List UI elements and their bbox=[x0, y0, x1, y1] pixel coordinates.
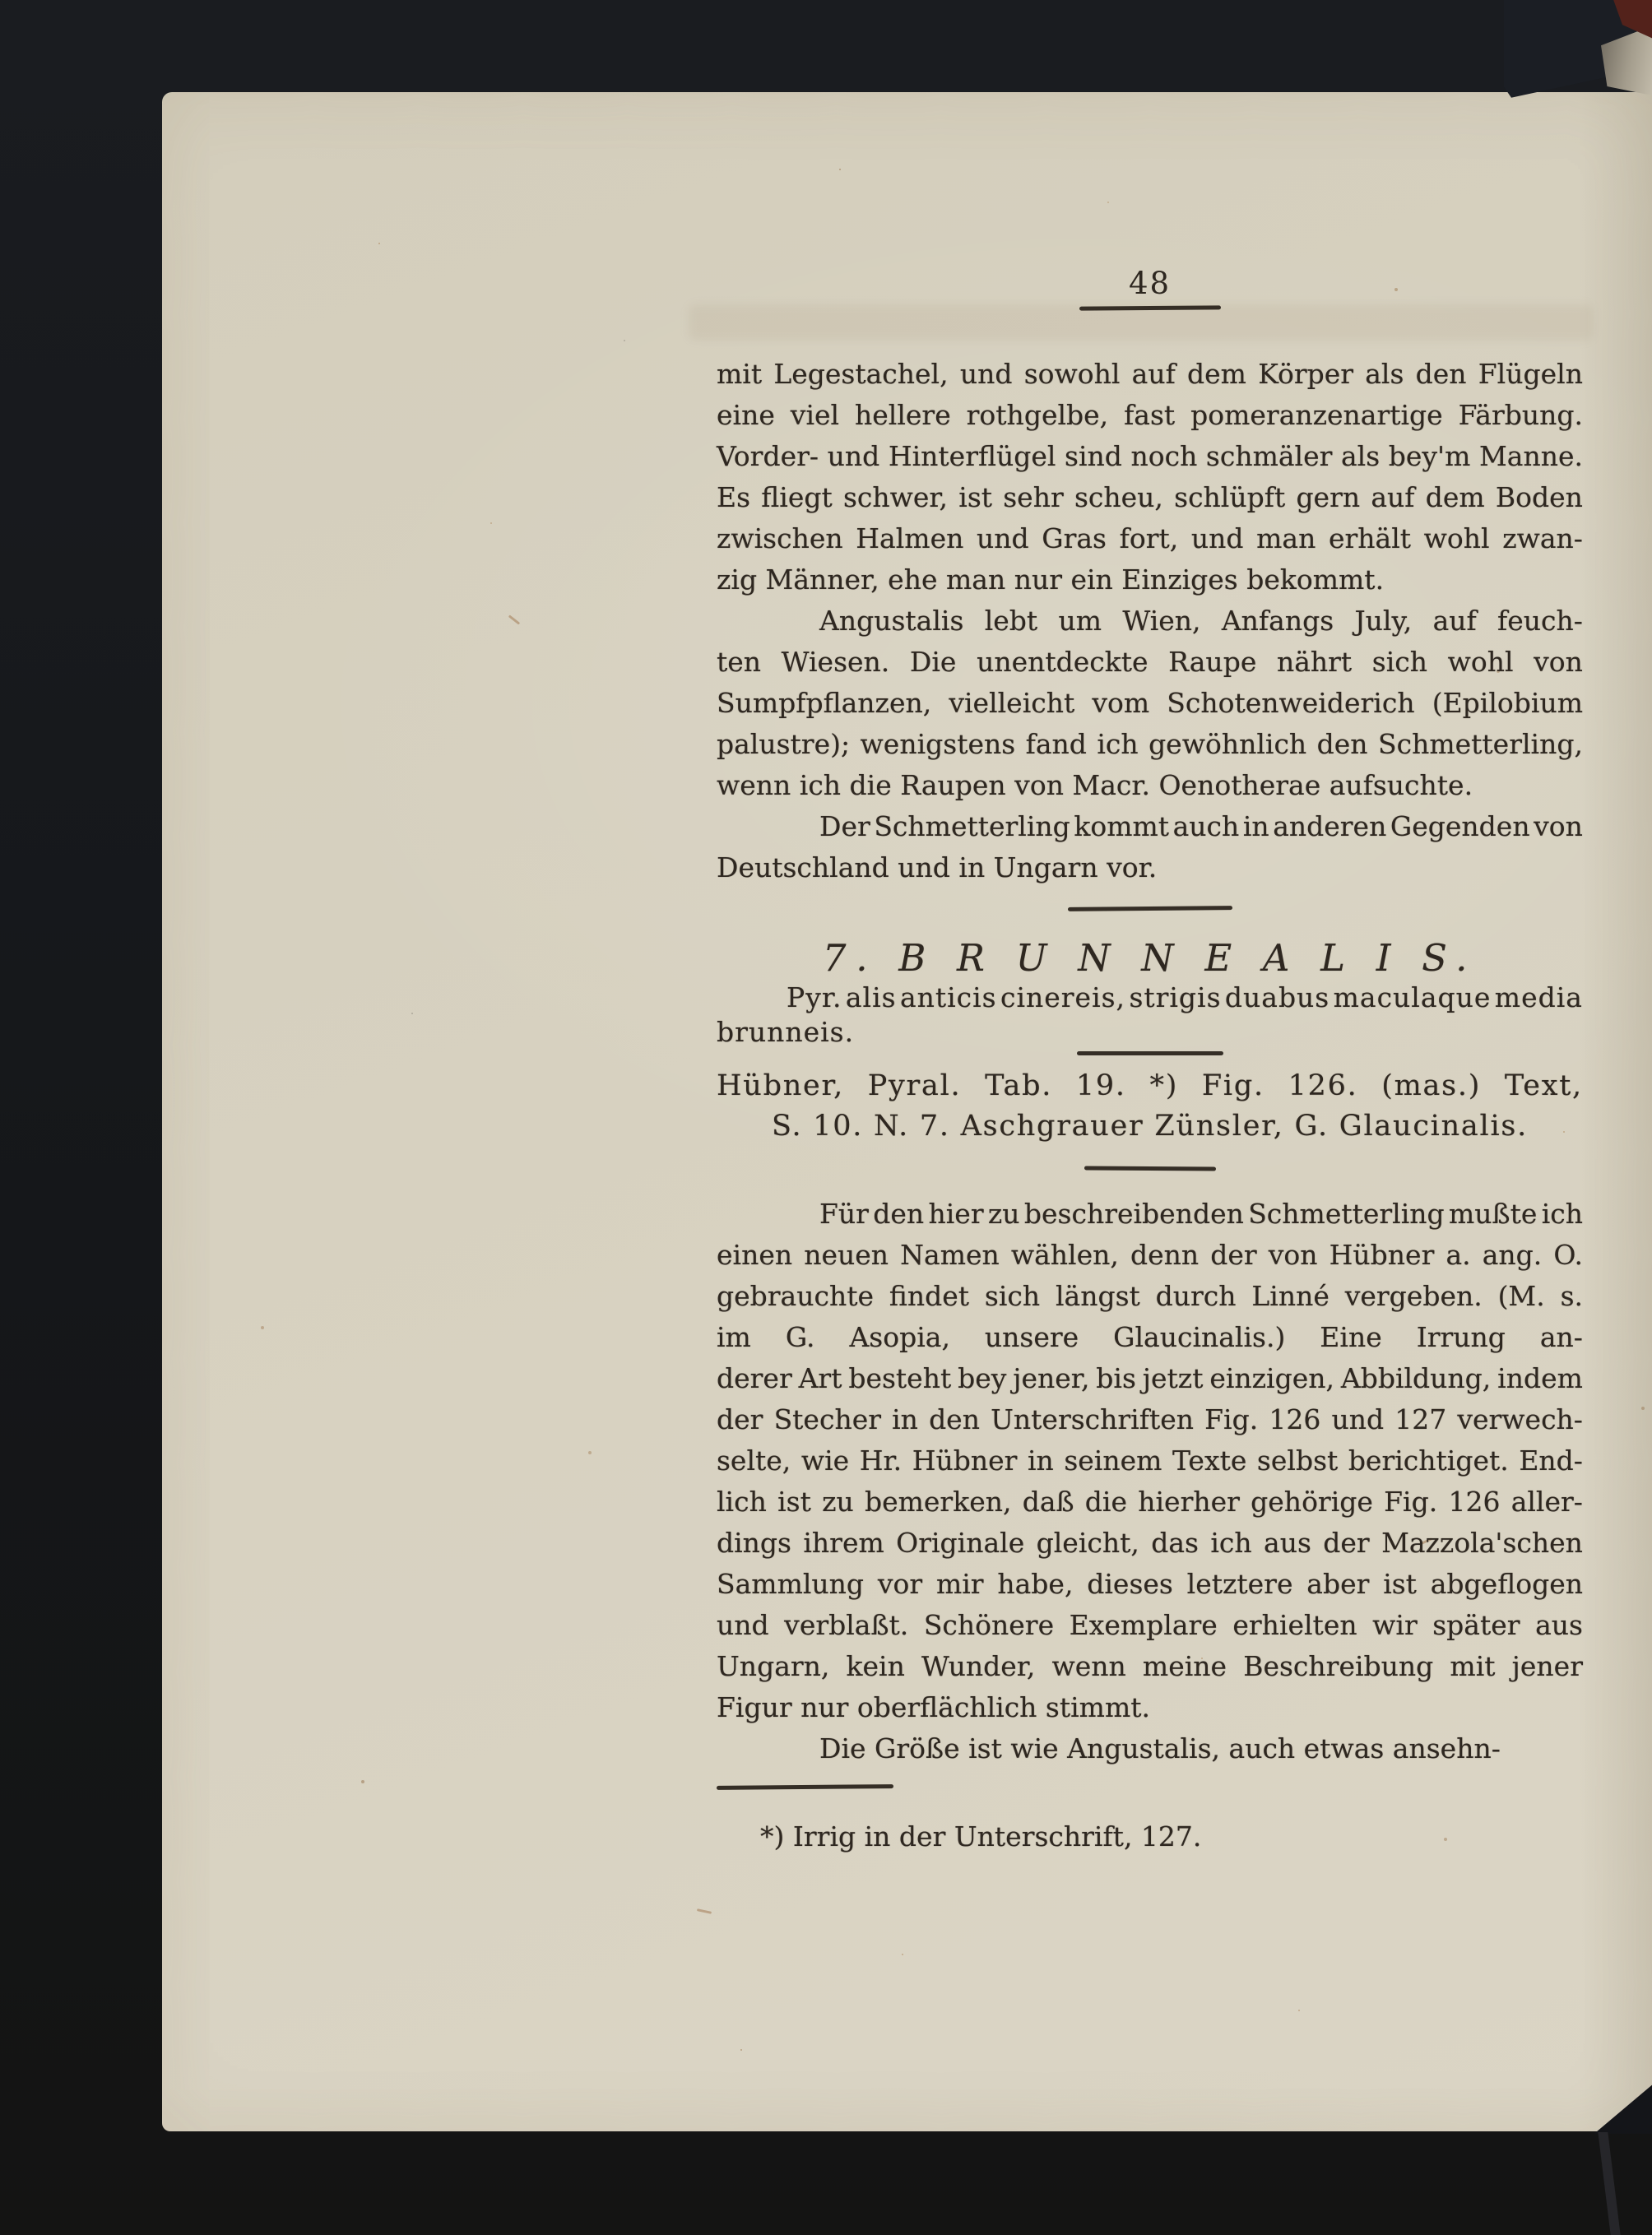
body-paragraph-size: Die Größe ist wie Angustalis, auch etwas… bbox=[717, 1728, 1583, 1769]
text-line: selte,wieHr.HübnerinseinemTexteselbstber… bbox=[717, 1440, 1583, 1481]
text-line: zwischenHalmenundGrasfort,undmanerhältwo… bbox=[717, 518, 1583, 559]
footnote: *) Irrig in der Unterschrift, 127. bbox=[717, 1819, 1583, 1855]
text-line: S. 10. N. 7. Aschgrauer Zünsler, G. Glau… bbox=[717, 1106, 1583, 1147]
text-line: Hübner,Pyral.Tab.19.*)Fig.126.(mas.)Text… bbox=[717, 1066, 1583, 1106]
text-line: wenn ich die Raupen von Macr. Oenotherae… bbox=[717, 765, 1583, 806]
body-paragraph-distribution: DerSchmetterlingkommtauchinanderenGegend… bbox=[717, 806, 1583, 888]
gutter-shadow bbox=[1578, 92, 1652, 2131]
text-line: AngustalislebtumWien,AnfangsJuly,auffeuc… bbox=[717, 600, 1583, 642]
book-edge-line bbox=[1598, 2132, 1620, 2235]
text-line: Figur nur oberflächlich stimmt. bbox=[717, 1687, 1583, 1728]
text-line: Die Größe ist wie Angustalis, auch etwas… bbox=[717, 1728, 1583, 1769]
text-line: Ungarn,keinWunder,wennmeineBeschreibungm… bbox=[717, 1646, 1583, 1687]
text-line: imG.Asopia,unsereGlaucinalis.)EineIrrung… bbox=[717, 1317, 1583, 1358]
body-paragraph-habitat: AngustalislebtumWien,AnfangsJuly,auffeuc… bbox=[717, 600, 1583, 806]
text-line: undverblaßt.SchönereExemplareerhieltenwi… bbox=[717, 1605, 1583, 1646]
page-number: 48 bbox=[717, 265, 1583, 303]
book-page: 48 mitLegestachel,undsowohlaufdemKörpera… bbox=[162, 92, 1652, 2131]
body-paragraph-continuation: mitLegestachel,undsowohlaufdemKörperalsd… bbox=[717, 354, 1583, 600]
text-line: dererArtbestehtbeyjener,bisjetzteinzigen… bbox=[717, 1358, 1583, 1399]
paper-fiber bbox=[508, 614, 520, 624]
section-divider-rule bbox=[1067, 906, 1232, 911]
text-line: brunneis. bbox=[717, 1015, 1583, 1050]
text-line: Esfliegtschwer,istsehrscheu,schlüpftgern… bbox=[717, 477, 1583, 518]
text-line: Sumpfpflanzen,vielleichtvomSchotenweider… bbox=[717, 683, 1583, 724]
latin-diagnosis: Pyr.alisanticiscinereis,strigisduabusmac… bbox=[717, 981, 1583, 1050]
literature-reference: Hübner,Pyral.Tab.19.*)Fig.126.(mas.)Text… bbox=[717, 1066, 1583, 1147]
text-column: 48 mitLegestachel,undsowohlaufdemKörpera… bbox=[717, 92, 1583, 2131]
paper-fiber bbox=[697, 1908, 712, 1914]
text-line: Sammlungvormirhabe,diesesletztereaberist… bbox=[717, 1564, 1583, 1605]
paper-texture bbox=[162, 92, 165, 95]
scanner-background: 48 mitLegestachel,undsowohlaufdemKörpera… bbox=[0, 0, 1652, 2235]
text-line: gebrauchtefindetsichlängstdurchLinnéverg… bbox=[717, 1276, 1583, 1317]
text-line: mitLegestachel,undsowohlaufdemKörperalsd… bbox=[717, 354, 1583, 395]
text-line: DerSchmetterlingkommtauchinanderenGegend… bbox=[717, 806, 1583, 847]
page-number-rule bbox=[1079, 305, 1220, 310]
body-paragraph-naming: FürdenhierzubeschreibendenSchmetterlingm… bbox=[717, 1194, 1583, 1728]
text-line: Deutschland und in Ungarn vor. bbox=[717, 847, 1583, 888]
text-line: *) Irrig in der Unterschrift, 127. bbox=[717, 1819, 1583, 1855]
text-line: FürdenhierzubeschreibendenSchmetterlingm… bbox=[717, 1194, 1583, 1235]
text-line: dingsihremOriginalegleicht,dasichausderM… bbox=[717, 1523, 1583, 1564]
text-line: derStecherindenUnterschriftenFig.126und1… bbox=[717, 1399, 1583, 1440]
diagnosis-divider-rule bbox=[1077, 1051, 1223, 1055]
text-line: lichistzubemerken,daßdiehierhergehörigeF… bbox=[717, 1481, 1583, 1523]
text-line: tenWiesen.DieunentdeckteRaupenährtsichwo… bbox=[717, 642, 1583, 683]
text-line: einenneuenNamenwählen,denndervonHübnera.… bbox=[717, 1235, 1583, 1276]
text-line: palustre);wenigstensfandichgewöhnlichden… bbox=[717, 724, 1583, 765]
text-line: zig Männer, ehe man nur ein Einziges bek… bbox=[717, 559, 1583, 600]
reference-divider-rule bbox=[1084, 1166, 1215, 1171]
footnote-rule bbox=[717, 1784, 893, 1790]
text-line: Vorder-undHinterflügelsindnochschmäleral… bbox=[717, 436, 1583, 477]
text-line: einevielhellererothgelbe,fastpomeranzena… bbox=[717, 395, 1583, 436]
species-heading: 7. B R U N N E A L I S. bbox=[717, 933, 1583, 984]
text-line: Pyr.alisanticiscinereis,strigisduabusmac… bbox=[717, 981, 1583, 1015]
